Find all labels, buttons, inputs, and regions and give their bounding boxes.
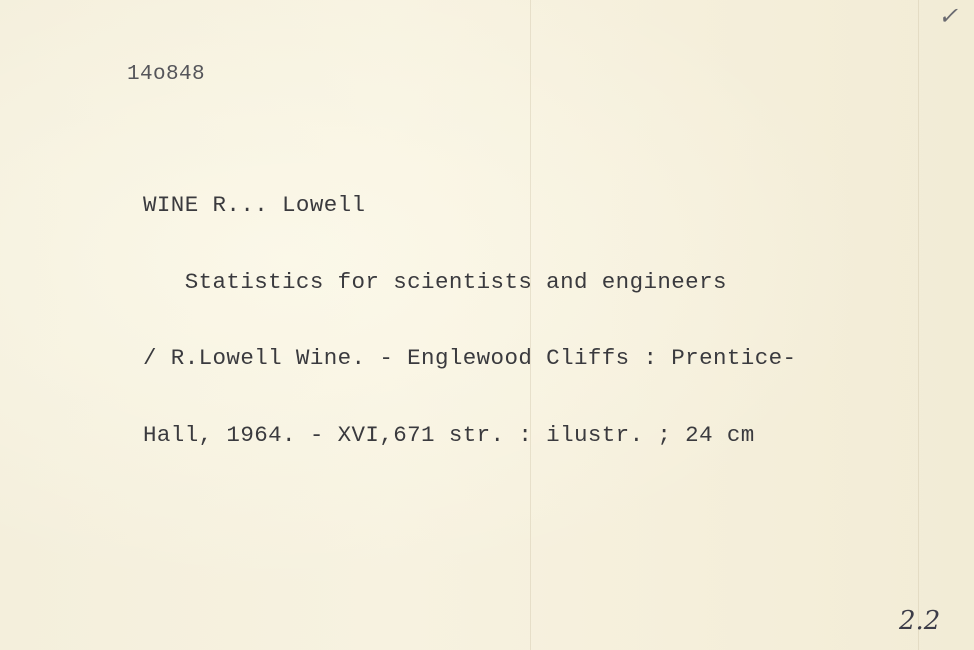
accession-number: 14o848 — [127, 62, 205, 88]
checkmark-icon: ✓ — [938, 2, 958, 30]
catalog-card: ✓ 14o848 WINE R... Lowell Statistics for… — [0, 0, 974, 650]
card-texture-line — [918, 0, 919, 650]
author-heading: WINE R... Lowell — [143, 193, 796, 219]
statement-line: / R.Lowell Wine. - Englewood Cliffs : Pr… — [143, 346, 796, 372]
shelfmark: 2.2 — [899, 606, 940, 636]
bibliographic-entry: WINE R... Lowell Statistics for scientis… — [143, 142, 796, 499]
title-line: Statistics for scientists and engineers — [143, 270, 796, 296]
publication-line: Hall, 1964. - XVI,671 str. : ilustr. ; 2… — [143, 423, 796, 449]
